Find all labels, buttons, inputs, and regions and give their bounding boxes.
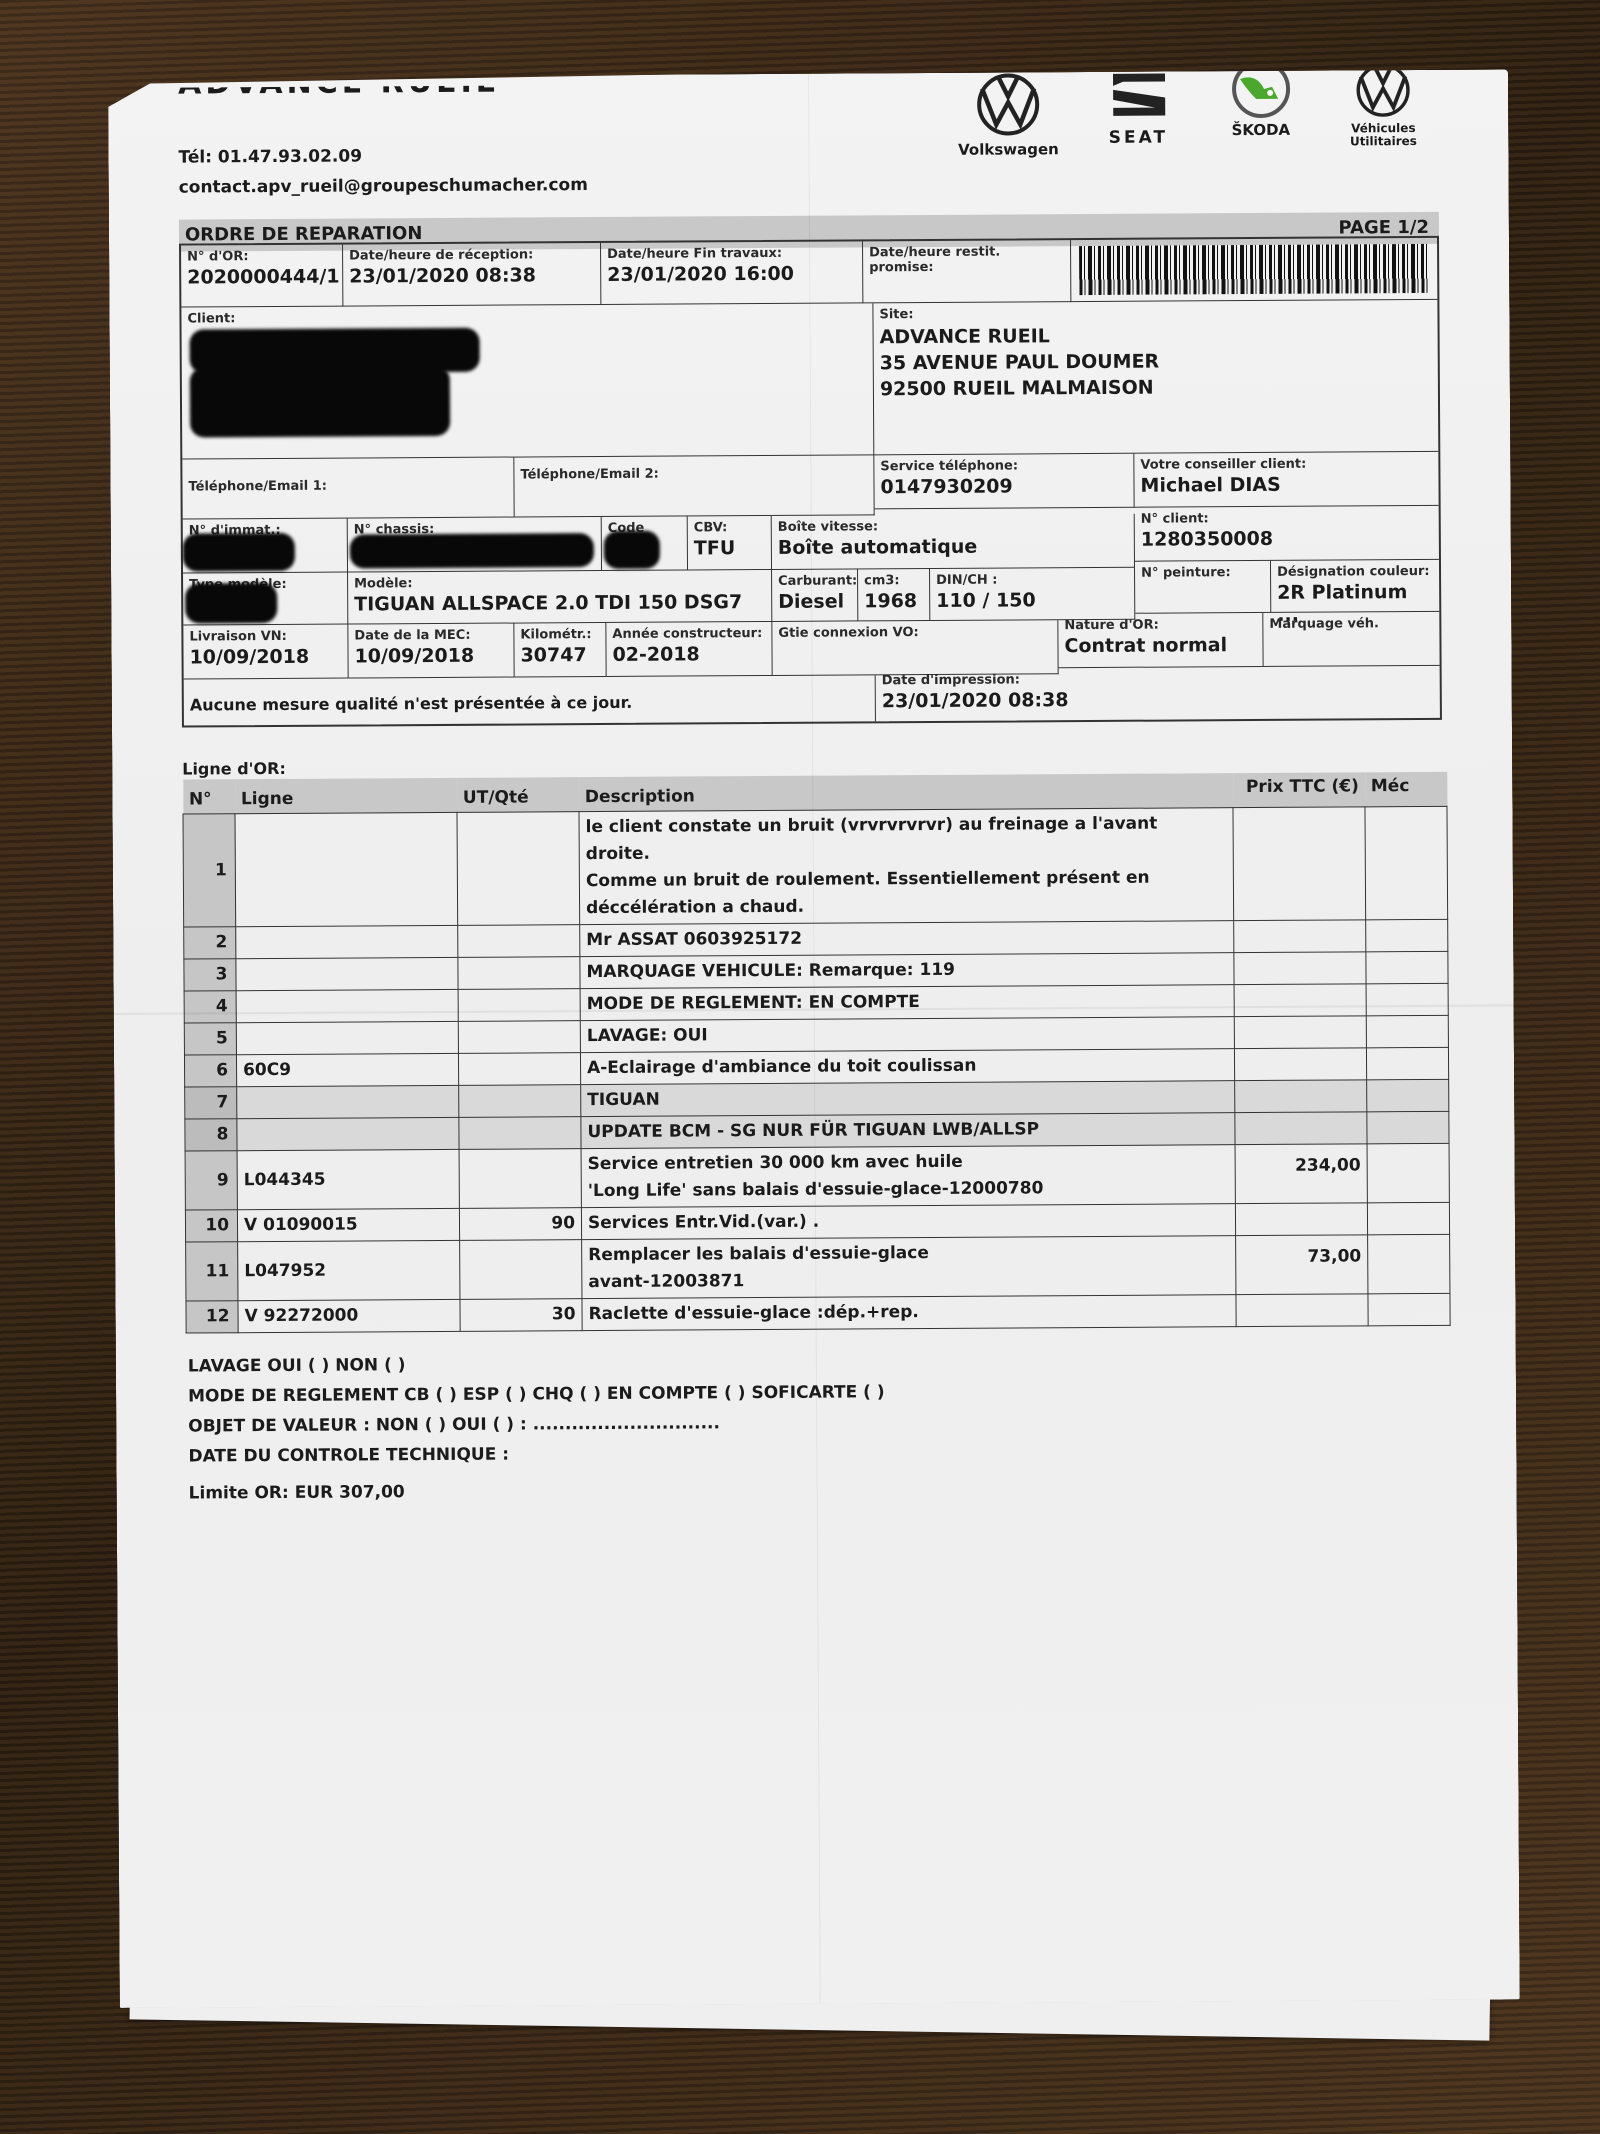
brand-volkswagen: Volkswagen (948, 72, 1069, 159)
advisor-cell: Votre conseiller client: Michael DIAS (1134, 452, 1438, 508)
line-quantity (459, 1149, 581, 1209)
footer-technical-control: DATE DU CONTROLE TECHNIQUE : (188, 1437, 885, 1471)
client-cell: Client: (181, 303, 874, 459)
year-cell: Année constructeur: 02-2018 (606, 622, 772, 677)
company-name: ADVANCE RUEIL (178, 86, 499, 106)
line-price: 73,00 (1236, 1235, 1368, 1295)
line-price (1234, 1016, 1366, 1049)
repair-order-document: ADVANCE RUEIL Tél: 01.47.93.02.09 contac… (108, 69, 1520, 2008)
line-price (1235, 1080, 1367, 1113)
line-code: L044345 (237, 1149, 459, 1209)
line-mechanic (1366, 983, 1448, 1016)
redacted-type-model (185, 583, 277, 624)
description-text: Comme un bruit de roulement. Essentielle… (586, 864, 1227, 895)
service-phone-cell: Service téléphone: 0147930209 (874, 454, 1134, 510)
or-number-cell: N° d'OR: 2020000444/1 (181, 245, 343, 308)
line-description: Service entretien 30 000 km avec huile'L… (581, 1145, 1235, 1208)
line-code (236, 1021, 458, 1054)
marking-cell: Marquage véh. (1263, 612, 1439, 667)
line-number: 12 (186, 1301, 238, 1333)
description-text: déccélération a chaud. (586, 891, 1227, 922)
line-price (1234, 1048, 1366, 1081)
line-number: 2 (184, 927, 236, 959)
line-quantity (460, 1240, 582, 1300)
brand-seat: SEAT (1083, 71, 1193, 148)
line-quantity (458, 957, 580, 990)
table-row: 11L047952Remplacer les balais d'essuie-g… (186, 1234, 1450, 1301)
company-phone: Tél: 01.47.93.02.09 (178, 146, 362, 167)
description-text: Service entretien 30 000 km avec huile (588, 1147, 1229, 1178)
phone2-cell: Téléphone/Email 2: (514, 455, 874, 517)
site-line-2: 35 AVENUE PAUL DOUMER (880, 347, 1432, 376)
line-code (236, 925, 458, 958)
line-mechanic (1366, 1015, 1448, 1048)
line-quantity (458, 1021, 580, 1054)
description-text: TIGUAN (587, 1083, 1228, 1114)
lines-title: Ligne d'OR: (182, 759, 286, 779)
print-date-cell: Date d'impression: 23/01/2020 08:38 (876, 666, 1440, 721)
line-number: 10 (185, 1210, 237, 1242)
barcode (1079, 244, 1429, 295)
line-description: Services Entr.Vid.(var.) . (581, 1204, 1235, 1240)
skoda-logo-icon (1225, 61, 1295, 121)
promised-cell: Date/heure restit. promise: (863, 240, 1071, 303)
line-mechanic (1367, 1111, 1449, 1144)
description-text: Mr ASSAT 0603925172 (586, 923, 1227, 954)
seat-logo-icon (1103, 71, 1173, 117)
description-text: A-Eclairage d'ambiance du toit coulissan (587, 1051, 1228, 1082)
footer-lavage: LAVAGE OUI ( ) NON ( ) (188, 1347, 885, 1381)
description-text: Raclette d'essuie-glace :dép.+rep. (588, 1297, 1229, 1328)
line-price (1233, 807, 1366, 921)
redacted-client-address (190, 366, 450, 438)
immat-cell: N° d'immat.: (183, 519, 348, 574)
brand-vw-commercial: Véhicules Utilitaires (1328, 62, 1439, 149)
table-row: 1le client constate un bruit (vrvrvrvrvr… (183, 806, 1448, 927)
description-text: MODE DE REGLEMENT: EN COMPTE (587, 987, 1228, 1018)
or-limit: Limite OR: EUR 307,00 (189, 1482, 405, 1503)
km-cell: Kilométr.: 30747 (514, 623, 606, 678)
color-cell: Désignation couleur: 2R Platinum ... (1271, 560, 1439, 613)
volkswagen-logo-icon (1347, 62, 1419, 118)
line-price (1234, 952, 1366, 985)
line-quantity (458, 989, 580, 1022)
chassis-cell: N° chassis: (348, 517, 602, 573)
line-mechanic (1368, 1293, 1450, 1326)
phone1-cell: Téléphone/Email 1: (182, 458, 514, 520)
line-mechanic (1366, 1047, 1448, 1080)
quality-cell: Aucune mesure qualité n'est présentée à … (184, 675, 876, 725)
line-quantity (457, 812, 580, 926)
end-work-cell: Date/heure Fin travaux: 23/01/2020 16:00 (601, 241, 863, 305)
line-number: 1 (183, 814, 236, 927)
description-text: le client constate un bruit (vrvrvrvrvr)… (586, 810, 1227, 868)
footer-payment-mode: MODE DE REGLEMENT CB ( ) ESP ( ) CHQ ( )… (188, 1377, 885, 1411)
line-mechanic (1367, 1202, 1449, 1235)
line-price (1235, 1112, 1367, 1145)
line-number: 8 (185, 1119, 237, 1151)
line-code: V 01090015 (237, 1208, 459, 1241)
line-price: 234,00 (1235, 1144, 1367, 1204)
redacted-plate (183, 533, 295, 572)
line-code (236, 957, 458, 990)
line-price (1234, 984, 1366, 1017)
line-number: 9 (185, 1151, 237, 1210)
line-description: MARQUAGE VEHICULE: Remarque: 119 (580, 953, 1234, 989)
line-quantity (459, 1117, 581, 1150)
reception-cell: Date/heure de réception: 23/01/2020 08:3… (343, 243, 601, 307)
line-quantity (458, 1053, 580, 1086)
line-number: 11 (186, 1242, 238, 1301)
line-quantity: 90 (459, 1208, 581, 1241)
or-number: 2020000444/1 (187, 266, 336, 289)
line-code (235, 812, 458, 926)
description-text: LAVAGE: OUI (587, 1019, 1228, 1050)
footer-valuables: OBJET DE VALEUR : NON ( ) OUI ( ) : ....… (188, 1407, 885, 1441)
line-mechanic (1365, 806, 1448, 919)
line-description: UPDATE BCM - SG NUR FÜR TIGUAN LWB/ALLSP (581, 1113, 1235, 1149)
line-quantity (459, 1085, 581, 1118)
fuel-cell: Carburant: Diesel (772, 569, 858, 622)
code-cell: Code (602, 516, 688, 571)
site-line-3: 92500 RUEIL MALMAISON (880, 373, 1432, 402)
site-cell: Site: ADVANCE RUEIL 35 AVENUE PAUL DOUME… (873, 300, 1438, 455)
brand-skoda: ŠKODA (1213, 61, 1308, 140)
line-number: 6 (184, 1055, 236, 1087)
description-text: Services Entr.Vid.(var.) . (588, 1206, 1229, 1237)
line-price (1236, 1294, 1368, 1327)
line-quantity (458, 925, 580, 958)
line-number: 7 (185, 1087, 237, 1119)
line-code (237, 1085, 459, 1118)
line-mechanic (1366, 919, 1448, 952)
line-description: le client constate un bruit (vrvrvrvrvr)… (579, 808, 1234, 925)
client-number-cell: N° client: 1280350008 (1135, 506, 1439, 562)
line-description: LAVAGE: OUI (580, 1017, 1234, 1053)
brand-logos: Volkswagen SEAT ŠKODA Véhicules Utilit (948, 70, 1489, 193)
line-mechanic (1367, 1143, 1449, 1202)
cm3-cell: cm3: 1968 (858, 569, 930, 621)
line-price (1234, 920, 1366, 953)
description-text: avant-12003871 (588, 1265, 1229, 1296)
line-description: Raclette d'essuie-glace :dép.+rep. (582, 1295, 1236, 1331)
line-mechanic (1367, 1079, 1449, 1112)
line-price (1235, 1203, 1367, 1236)
line-quantity: 30 (460, 1299, 582, 1332)
line-code: V 92272000 (238, 1299, 460, 1332)
line-code (236, 989, 458, 1022)
line-description: TIGUAN (581, 1081, 1235, 1117)
site-line-1: ADVANCE RUEIL (880, 321, 1432, 350)
footer-checklist: LAVAGE OUI ( ) NON ( ) MODE DE REGLEMENT… (188, 1347, 885, 1471)
line-code (237, 1117, 459, 1150)
type-model-cell: Type modèle: (183, 573, 348, 626)
line-description: Remplacer les balais d'essuie-glaceavant… (582, 1236, 1236, 1299)
gearbox-cell: Boîte vitesse: Boîte automatique (772, 514, 1135, 570)
line-description: A-Eclairage d'ambiance du toit coulissan (580, 1049, 1234, 1085)
delivery-cell: Livraison VN: 10/09/2018 (183, 625, 348, 680)
line-mechanic (1368, 1234, 1450, 1293)
description-text: MARQUAGE VEHICULE: Remarque: 119 (586, 955, 1227, 986)
line-description: Mr ASSAT 0603925172 (580, 921, 1234, 957)
barcode-cell (1071, 238, 1437, 302)
model-cell: Modèle: TIGUAN ALLSPACE 2.0 TDI 150 DSG7 (348, 570, 772, 625)
line-number: 3 (184, 959, 236, 991)
description-text: 'Long Life' sans balais d'essuie-glace-1… (588, 1174, 1229, 1205)
quality-note: Aucune mesure qualité n'est présentée à … (190, 691, 869, 714)
description-text: UPDATE BCM - SG NUR FÜR TIGUAN LWB/ALLSP (587, 1115, 1228, 1146)
line-number: 5 (184, 1023, 236, 1055)
vehicle-model: TIGUAN ALLSPACE 2.0 TDI 150 DSG7 (354, 591, 765, 616)
mileage: 30747 (520, 644, 599, 666)
line-code: L047952 (238, 1240, 460, 1300)
description-text: Remplacer les balais d'essuie-glace (588, 1238, 1229, 1269)
nature-cell: Nature d'OR: Contrat normal (1058, 613, 1263, 668)
order-lines: 1le client constate un bruit (vrvrvrvrvr… (183, 806, 1450, 1333)
redacted-vin (350, 533, 594, 568)
order-lines-table: N° Ligne UT/Qté Description Prix TTC (€)… (182, 772, 1450, 1334)
line-mechanic (1366, 951, 1448, 984)
paint-number-cell: N° peinture: (1135, 561, 1271, 614)
line-description: MODE DE REGLEMENT: EN COMPTE (580, 985, 1234, 1021)
table-row: 12V 9227200030Raclette d'essuie-glace :d… (186, 1293, 1450, 1333)
company-email: contact.apv_rueil@groupeschumacher.com (179, 175, 588, 197)
cbv-cell: CBV: TFU (688, 516, 772, 571)
table-row: 9L044345Service entretien 30 000 km avec… (185, 1143, 1449, 1210)
redacted-code (604, 531, 660, 569)
line-code: 60C9 (236, 1053, 458, 1086)
advisor-name: Michael DIAS (1140, 473, 1432, 497)
volkswagen-logo-icon (966, 72, 1050, 137)
mec-cell: Date de la MEC: 10/09/2018 (348, 624, 514, 679)
line-number: 4 (184, 991, 236, 1023)
